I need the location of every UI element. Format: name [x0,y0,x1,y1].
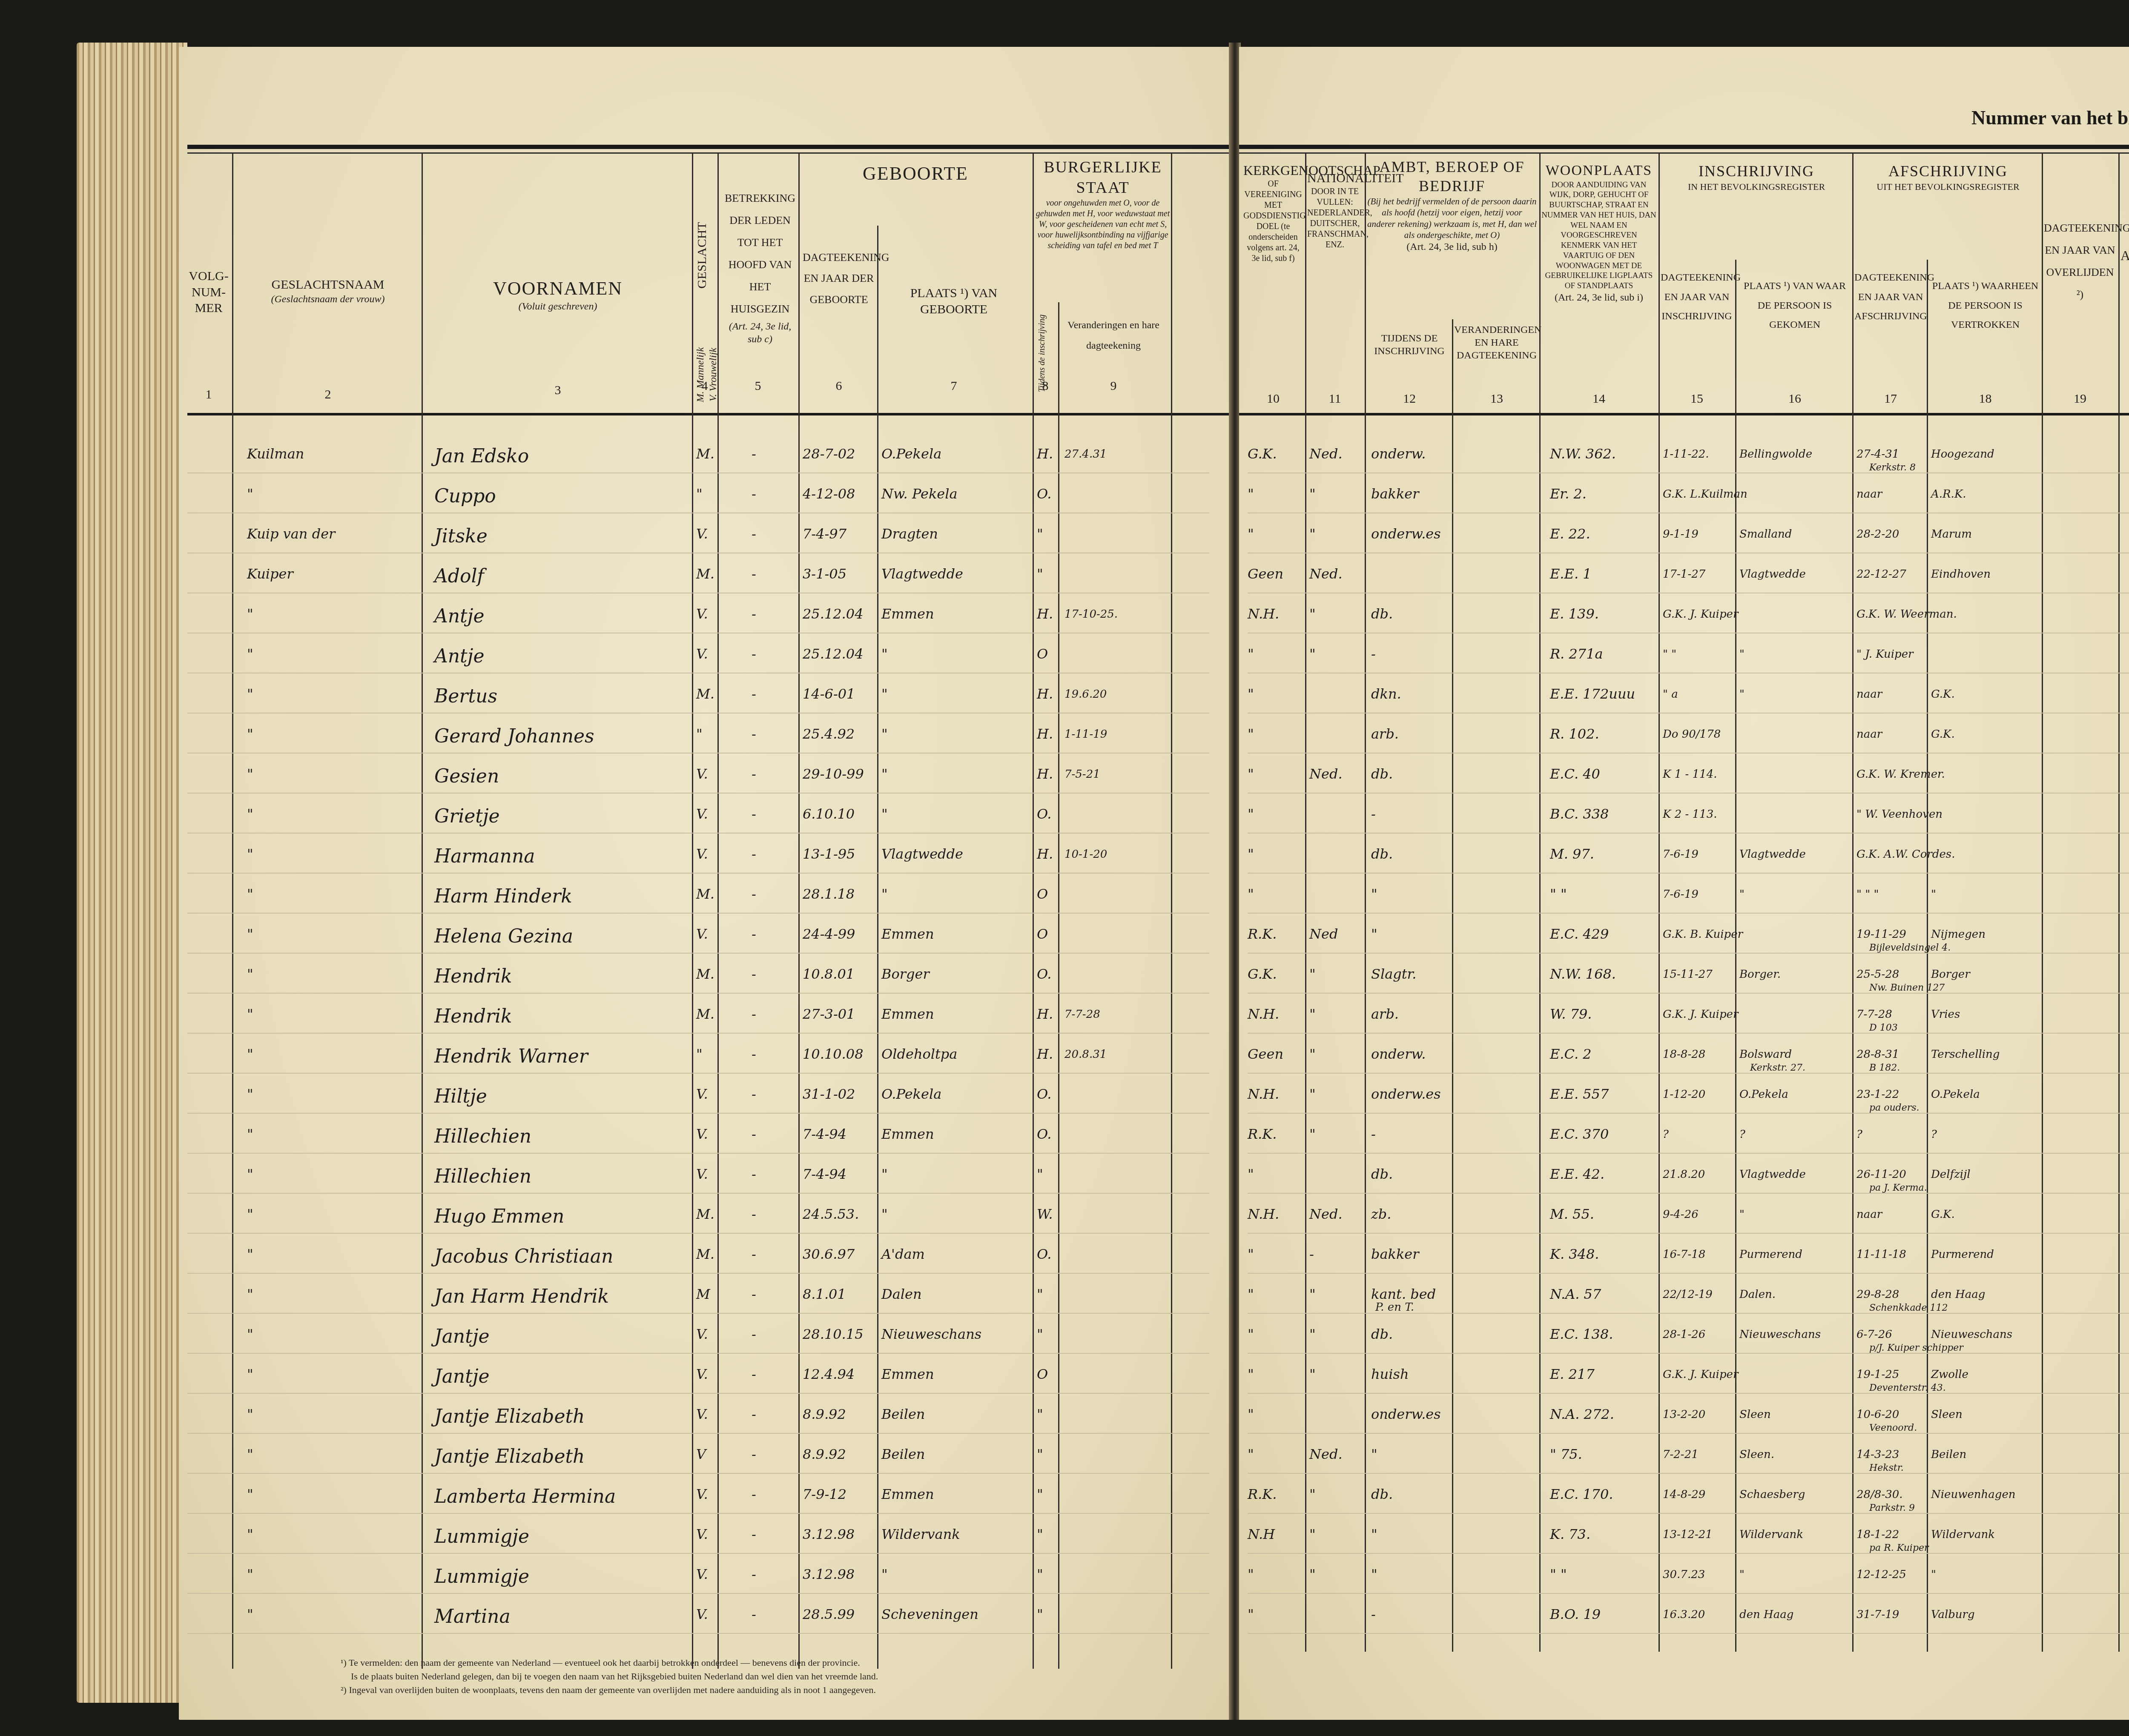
cell-deregistration-note: pa J. Kerma. [1869,1183,1927,1193]
colnum-9: 9 [1060,379,1167,393]
colnum-7: 7 [877,379,1030,393]
cell-occupation: arb. [1371,1007,1399,1021]
cell-registration-from: Wildervank [1739,1529,1803,1540]
cell-given-names: Jantje Elizabeth [434,1447,585,1466]
col-divider [877,226,878,1669]
cell-church: N.H. [1248,1007,1279,1021]
cell-registration-date: G.K. J. Kuiper [1663,1009,1738,1020]
ruled-line [187,1393,1209,1394]
cell-nationality: " [1309,1487,1316,1501]
cell-sex: V. [696,1367,708,1381]
cell-deregistration-to: G.K. [1931,729,1955,740]
cell-residence: M. 97. [1550,847,1594,861]
cell-registration-date: 22/12-19 [1663,1289,1713,1300]
cell-birth-place: Scheveningen [881,1607,978,1621]
cell-deregistration-note: Nw. Buinen 127 [1869,983,1945,993]
ruled-line [1248,833,2129,834]
header-rule-top-2 [187,152,1231,154]
cell-sex: V. [696,647,708,661]
col-divider [692,153,693,1669]
ruled-line [187,1313,1209,1314]
header-rule-top-2 [1239,152,2129,154]
cell-surname: " [247,847,253,861]
cell-deregistration-date: G.K. W. Kremer. [1856,769,1945,780]
cell-given-names: Gesien [434,767,499,786]
header-rule-top [1239,145,2129,149]
cell-deregistration-to: Hoogezand [1931,449,1994,460]
cell-registration-date: 7-2-21 [1663,1449,1699,1460]
col-divider [232,153,233,1669]
header-ambt-veranderingen: VERANDERINGEN EN HARE DAGTEEKENING [1454,324,1539,362]
ruled-line [187,713,1209,713]
right-page: Nummer van het blad KERKGENOOTSCHAPOF VE… [1239,47,2129,1720]
cell-civil-status-change: 7-7-28 [1064,1009,1100,1020]
cell-deregistration-date: " " " [1856,889,1879,900]
cell-registration-from: Smalland [1739,529,1792,540]
cell-relation: - [752,1287,756,1301]
cell-residence: E. 217 [1550,1367,1595,1381]
ruled-line [187,1553,1209,1554]
cell-civil-status: H. [1037,1007,1053,1021]
cell-occupation: db. [1371,607,1393,621]
cell-given-names: Jacobus Christiaan [434,1247,613,1266]
cell-birth-place: " [881,767,888,781]
cell-deregistration-date: 11-11-18 [1856,1249,1906,1260]
cell-occupation: huish [1371,1367,1409,1381]
cell-residence: N.A. 272. [1550,1407,1614,1421]
cell-birth-date: 29-10-99 [803,767,864,781]
ruled-line [187,1153,1209,1154]
cell-birth-place: Emmen [881,1127,934,1141]
colnum-2: 2 [238,387,417,402]
cell-relation: - [752,887,756,901]
cell-civil-status: O. [1037,807,1052,821]
header-rule-bottom [1239,413,2129,415]
header-ins-datum: DAGTEEKENING EN JAAR VAN INSCHRIJVING [1661,268,1733,327]
ruled-line [187,753,1209,753]
cell-nationality: " [1309,1087,1316,1101]
cell-deregistration-to: Sleen [1931,1409,1963,1420]
cell-relation: - [752,607,756,621]
cell-registration-date: 9-1-19 [1663,529,1699,540]
cell-relation: - [752,527,756,541]
cell-occupation: onderw.es [1371,1087,1441,1101]
cell-deregistration-to: Nieuweschans [1931,1329,2012,1340]
cell-nationality: Ned. [1309,1207,1343,1221]
cell-church: N.H. [1248,607,1279,621]
ruled-line [1248,1033,2129,1034]
cell-birth-date: 28.1.18 [803,887,855,901]
col-divider [1365,153,1366,1652]
footnotes: ¹) Te vermelden: den naam der gemeente v… [341,1656,1150,1697]
cell-given-names: Hendrik [434,1007,512,1026]
cell-residence: E.C. 2 [1550,1047,1592,1061]
cell-registration-from: " [1739,689,1745,700]
ruled-line [187,633,1209,633]
cell-relation: - [752,1407,756,1421]
cell-birth-place: Vlagtwedde [881,847,963,861]
ruled-line [1248,1593,2129,1594]
ruled-line [187,873,1209,874]
cell-church: " [1248,1247,1254,1261]
cell-deregistration-to: ? [1931,1129,1937,1140]
col-divider [1539,153,1541,1652]
cell-registration-note: Kerkstr. 27. [1750,1063,1805,1073]
header-rule-bottom [187,413,1231,415]
cell-relation: - [752,807,756,821]
cell-civil-status-change: 7-5-21 [1064,769,1100,780]
header-voornamen: VOORNAMEN(Voluit geschreven) [426,277,690,313]
cell-nationality: " [1309,1567,1316,1581]
cell-civil-status: O [1037,647,1048,661]
header-geslacht-sub: M. Mannelijk V. Vrouwelijk [694,345,715,404]
col-divider [2042,153,2043,1652]
header-woonplaats: WOONPLAATSDOOR AANDUIDING VAN WIJK, DORP… [1541,162,1656,304]
cell-registration-date: G.K. J. Kuiper [1663,1369,1738,1380]
cell-deregistration-note: Hekstr. [1869,1464,1904,1473]
cell-given-names: Antje [434,607,484,626]
ruled-line [187,1233,1209,1234]
cell-church: " [1248,487,1254,501]
cell-sex: V. [696,1327,708,1341]
cell-deregistration-date: naar [1856,729,1882,740]
cell-civil-status: " [1037,1607,1043,1621]
cell-given-names: Hillechien [434,1127,531,1146]
cell-birth-date: 27-3-01 [803,1007,855,1021]
cell-church: G.K. [1248,447,1277,461]
cell-civil-status-change: 17-10-25. [1064,609,1118,620]
cell-registration-date: 16-7-18 [1663,1249,1705,1260]
colnum-3: 3 [426,383,690,398]
cell-relation: - [752,1367,756,1381]
cell-relation: - [752,687,756,701]
cell-residence: E.C. 429 [1550,927,1609,941]
cell-deregistration-date: 28/8-30. [1856,1489,1903,1500]
cell-church: " [1248,1327,1254,1341]
cell-deregistration-to: G.K. [1931,689,1955,700]
cell-registration-from: Dalen. [1739,1289,1776,1300]
cell-occupation: " [1371,1567,1377,1581]
cell-occupation: db. [1371,1167,1393,1181]
header-afschrijving: AFSCHRIJVINGUIT HET BEVOLKINGSREGISTER [1854,162,2042,193]
cell-relation: - [752,1487,756,1501]
cell-given-names: Hugo Emmen [434,1207,564,1226]
cell-registration-date: 16.3.20 [1663,1609,1705,1620]
cell-registration-date: 1-11-22. [1663,449,1709,460]
cell-relation: - [752,727,756,741]
cell-surname: " [247,1327,253,1341]
cell-relation: - [752,1527,756,1541]
cell-birth-place: " [881,1567,888,1581]
cell-sex: " [696,1047,703,1061]
ruled-line [187,673,1209,673]
cell-civil-status: O. [1037,1087,1052,1101]
ruled-line [187,913,1209,914]
cell-given-names: Hiltje [434,1087,487,1106]
cell-civil-status: H. [1037,847,1053,861]
cell-occupation: - [1371,807,1376,821]
cell-given-names: Jan Edsko [434,447,529,466]
cell-occupation: zb. [1371,1207,1392,1221]
cell-given-names: Harmanna [434,847,535,866]
colnum-20: 20 [2120,392,2129,406]
colnum-18: 18 [1929,392,2042,406]
cell-deregistration-date: 7-7-28 [1856,1009,1892,1020]
cell-deregistration-date: naar [1856,689,1882,700]
cell-birth-date: 10.8.01 [803,967,855,981]
cell-registration-from: Vlagtwedde [1739,569,1806,580]
cell-occupation: Slagtr. [1371,967,1417,981]
cell-civil-status: " [1037,1487,1043,1501]
cell-sex: V. [696,1607,708,1621]
cell-sex: V. [696,807,708,821]
header-afs-plaats: PLAATS ¹) WAARHEEN DE PERSOON IS VERTROK… [1929,277,2042,335]
cell-deregistration-note: Schenkkade 112 [1869,1303,1948,1313]
cell-registration-from: Purmerend [1739,1249,1802,1260]
cell-nationality: " [1309,1287,1316,1301]
cell-church: R.K. [1248,1127,1277,1141]
cell-sex: V. [696,847,708,861]
cell-civil-status: " [1037,1287,1043,1301]
cell-civil-status-change: 19.6.20 [1064,689,1107,700]
cell-occupation: onderw. [1371,1047,1426,1061]
ruled-line [1248,793,2129,794]
col-divider [1305,153,1306,1652]
header-overlijden: DAGTEEKENING EN JAAR VAN OVERLIJDEN ²) [2044,217,2116,306]
cell-nationality: Ned [1309,927,1338,941]
cell-deregistration-to: " [1931,889,1936,900]
cell-given-names: Antje [434,647,484,666]
cell-birth-place: Beilen [881,1447,925,1461]
cell-registration-date: 17-1-27 [1663,569,1705,580]
cell-birth-place: Nw. Pekela [881,487,958,501]
ruled-line [187,793,1209,794]
ruled-line [187,1633,1209,1634]
cell-birth-place: Beilen [881,1407,925,1421]
colnum-19: 19 [2044,392,2116,406]
col-divider [422,153,423,1669]
cell-deregistration-note: Kerkstr. 8 [1869,463,1916,473]
cell-given-names: Lamberta Hermina [434,1487,616,1506]
ruled-line [1248,873,2129,874]
cell-surname: " [247,487,253,501]
cell-relation: - [752,1007,756,1021]
cell-sex: V. [696,1167,708,1181]
cell-deregistration-date: ? [1856,1129,1862,1140]
cell-occupation: dkn. [1371,687,1401,701]
cell-surname: " [247,727,253,741]
cell-deregistration-date: 19-11-29 [1856,929,1906,940]
cell-church: " [1248,767,1254,781]
cell-civil-status: H. [1037,687,1053,701]
cell-registration-date: 18-8-28 [1663,1049,1705,1060]
cell-birth-date: 7-4-94 [803,1167,846,1181]
header-volgnummer: VOLG-NUM-MER [187,268,230,316]
colnum-5: 5 [720,379,796,393]
cell-given-names: Grietje [434,807,500,826]
cell-civil-status: " [1037,1407,1043,1421]
header-staat-veranderingen: Veranderingen en hare dagteekening [1060,315,1167,356]
cell-occupation: db. [1371,767,1393,781]
cell-birth-place: " [881,1167,888,1181]
cell-occupation: bakker [1371,487,1419,501]
cell-deregistration-date: 14-3-23 [1856,1449,1899,1460]
cell-relation: - [752,1207,756,1221]
cell-birth-date: 13-1-95 [803,847,855,861]
cell-deregistration-to: A.R.K. [1931,489,1966,500]
cell-surname: " [247,647,253,661]
cell-deregistration-date: 10-6-20 [1856,1409,1899,1420]
cell-registration-from: " [1739,889,1745,900]
cell-residence: E.E. 1 [1550,567,1592,581]
colnum-6: 6 [803,379,875,393]
cell-given-names: Hendrik [434,967,512,986]
cell-relation: - [752,1167,756,1181]
ruled-line [1248,673,2129,673]
cell-deregistration-to: Wildervank [1931,1529,1995,1540]
header-betrekking: BETREKKING DER LEDEN TOT HET HOOFD VAN H… [724,187,796,346]
cell-deregistration-date: 12-12-25 [1856,1569,1906,1580]
colnum-1: 1 [187,387,230,402]
cell-birth-place: Dalen [881,1287,922,1301]
cell-civil-status: H. [1037,767,1053,781]
cell-sex: M [696,1287,710,1301]
cell-deregistration-date: 28-8-31 [1856,1049,1899,1060]
cell-birth-place: Emmen [881,1007,934,1021]
cell-residence: R. 102. [1550,727,1599,741]
cell-nationality: Ned. [1309,567,1343,581]
cell-sex: M. [696,887,714,901]
cell-church: N.H. [1248,1087,1279,1101]
ruled-line [1248,1353,2129,1354]
cell-nationality: " [1309,1007,1316,1021]
col-divider [1852,153,1854,1652]
cell-deregistration-date: naar [1856,489,1882,500]
cell-surname: Kuip van der [247,527,335,541]
cell-registration-from: den Haag [1739,1609,1793,1620]
cell-registration-date: G.K. J. Kuiper [1663,609,1738,620]
cell-birth-place: Emmen [881,1367,934,1381]
header-burgerlijke-staat: BURGERLIJKE STAATvoor ongehuwden met O, … [1035,158,1171,251]
ruled-line [1248,713,2129,713]
cell-registration-from: Sleen. [1739,1449,1774,1460]
ruled-line [1248,1113,2129,1114]
ruled-line [1248,1193,2129,1194]
cell-registration-from: Schaesberg [1739,1489,1805,1500]
cell-birth-date: 7-9-12 [803,1487,846,1501]
cell-surname: " [247,887,253,901]
cell-registration-from: " [1739,1209,1745,1220]
ruled-line [187,513,1209,513]
cell-deregistration-date: 27-4-31 [1856,449,1899,460]
cell-church: " [1248,1167,1254,1181]
cell-surname: Kuiper [247,567,293,581]
ruled-line [187,1433,1209,1434]
cell-given-names: Lummigje [434,1527,529,1546]
cell-surname: " [247,1167,253,1181]
cell-deregistration-note: Parkstr. 9 [1869,1504,1915,1513]
ruled-line [1248,1433,2129,1434]
cell-birth-date: 30.6.97 [803,1247,855,1261]
cell-civil-status: O [1037,1367,1048,1381]
cell-deregistration-to: Beilen [1931,1449,1966,1460]
cell-church: R.K. [1248,927,1277,941]
cell-civil-status: H. [1037,1047,1053,1061]
col-divider [1058,302,1059,1669]
cell-occupation: - [1371,1127,1376,1141]
cell-deregistration-note: Veenoord. [1869,1424,1917,1433]
cell-deregistration-date: 26-11-20 [1856,1169,1906,1180]
cell-surname: " [247,1047,253,1061]
cell-birth-date: 25.12.04 [803,647,864,661]
cell-church: " [1248,847,1254,861]
cell-civil-status: H. [1037,727,1053,741]
cell-relation: - [752,1047,756,1061]
cell-sex: V. [696,1087,708,1101]
cell-birth-date: 28-7-02 [803,447,855,461]
ruled-line [1248,1473,2129,1474]
cell-occupation: onderw.es [1371,527,1441,541]
cell-deregistration-to: Valburg [1931,1609,1975,1620]
cell-church: N.H. [1248,1207,1279,1221]
cell-civil-status: H. [1037,447,1053,461]
cell-church: N.H [1248,1527,1275,1541]
cell-occupation: - [1371,647,1376,661]
cell-deregistration-date: " J. Kuiper [1856,649,1914,660]
cell-civil-status: " [1037,1567,1043,1581]
cell-occupation: " [1371,1527,1377,1541]
cell-birth-date: 25.4.92 [803,727,855,741]
cell-civil-status: O [1037,887,1048,901]
cell-church: " [1248,727,1254,741]
cell-deregistration-date: 23-1-22 [1856,1089,1899,1100]
ruled-line [187,593,1209,593]
cell-surname: " [247,1367,253,1381]
cell-residence: " 75. [1550,1447,1582,1461]
cell-registration-from: Borger. [1739,969,1781,980]
cell-deregistration-date: naar [1856,1209,1882,1220]
ruled-line [1248,1153,2129,1154]
cell-residence: E.E. 172uuu [1550,687,1635,701]
cell-nationality: " [1309,607,1316,621]
cell-given-names: Hillechien [434,1167,531,1186]
cell-birth-date: 3.12.98 [803,1567,855,1581]
cell-deregistration-date: " W. Veenhoven [1856,809,1942,820]
cell-surname: " [247,1127,253,1141]
cell-residence: N.W. 168. [1550,967,1616,981]
cell-registration-date: 13-2-20 [1663,1409,1705,1420]
cell-church: R.K. [1248,1487,1277,1501]
cell-registration-from: Bolsward [1739,1049,1792,1060]
ruled-line [187,1473,1209,1474]
ruled-line [1248,953,2129,954]
cell-residence: " " [1550,887,1567,901]
cell-surname: " [247,967,253,981]
cell-church: " [1248,887,1254,901]
cell-sex: M. [696,967,714,981]
col-divider [1452,319,1453,1652]
cell-occupation: " [1371,887,1377,901]
cell-relation: - [752,567,756,581]
header-ins-plaats: PLAATS ¹) VAN WAAR DE PERSOON IS GEKOMEN [1737,277,1852,335]
cell-birth-place: " [881,807,888,821]
cell-surname: " [247,807,253,821]
cell-deregistration-date: 19-1-25 [1856,1369,1899,1380]
cell-surname: " [247,1527,253,1541]
cell-occupation-note: P. en T. [1375,1302,1414,1313]
header-kerkgenootschap: KERKGENOOTSCHAPOF VEREENIGING MET GODSDI… [1243,162,1303,264]
ruled-line [1248,513,2129,513]
